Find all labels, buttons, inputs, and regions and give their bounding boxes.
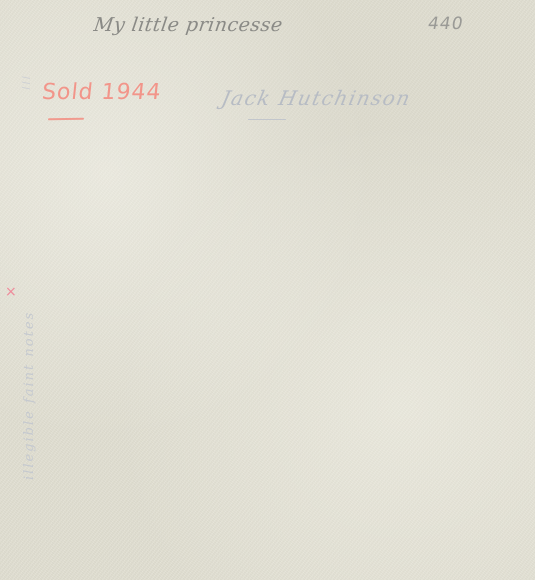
paper-sheet: My little princesse 440 ǀǀǀ Sold 1944 Ja… [0, 0, 535, 580]
title-annotation: My little princesse [92, 14, 284, 36]
red-x-mark-icon: × [5, 284, 17, 300]
buyer-name-underline [248, 119, 286, 120]
buyer-name-annotation: Jack Hutchinson [219, 86, 413, 110]
sold-underline [48, 118, 84, 121]
faint-margin-top-note: ǀǀǀ [20, 74, 33, 90]
faint-vertical-margin-note: illegible faint notes [22, 310, 37, 480]
catalog-number-annotation: 440 [426, 14, 465, 34]
sold-annotation: Sold 1944 [41, 80, 163, 105]
